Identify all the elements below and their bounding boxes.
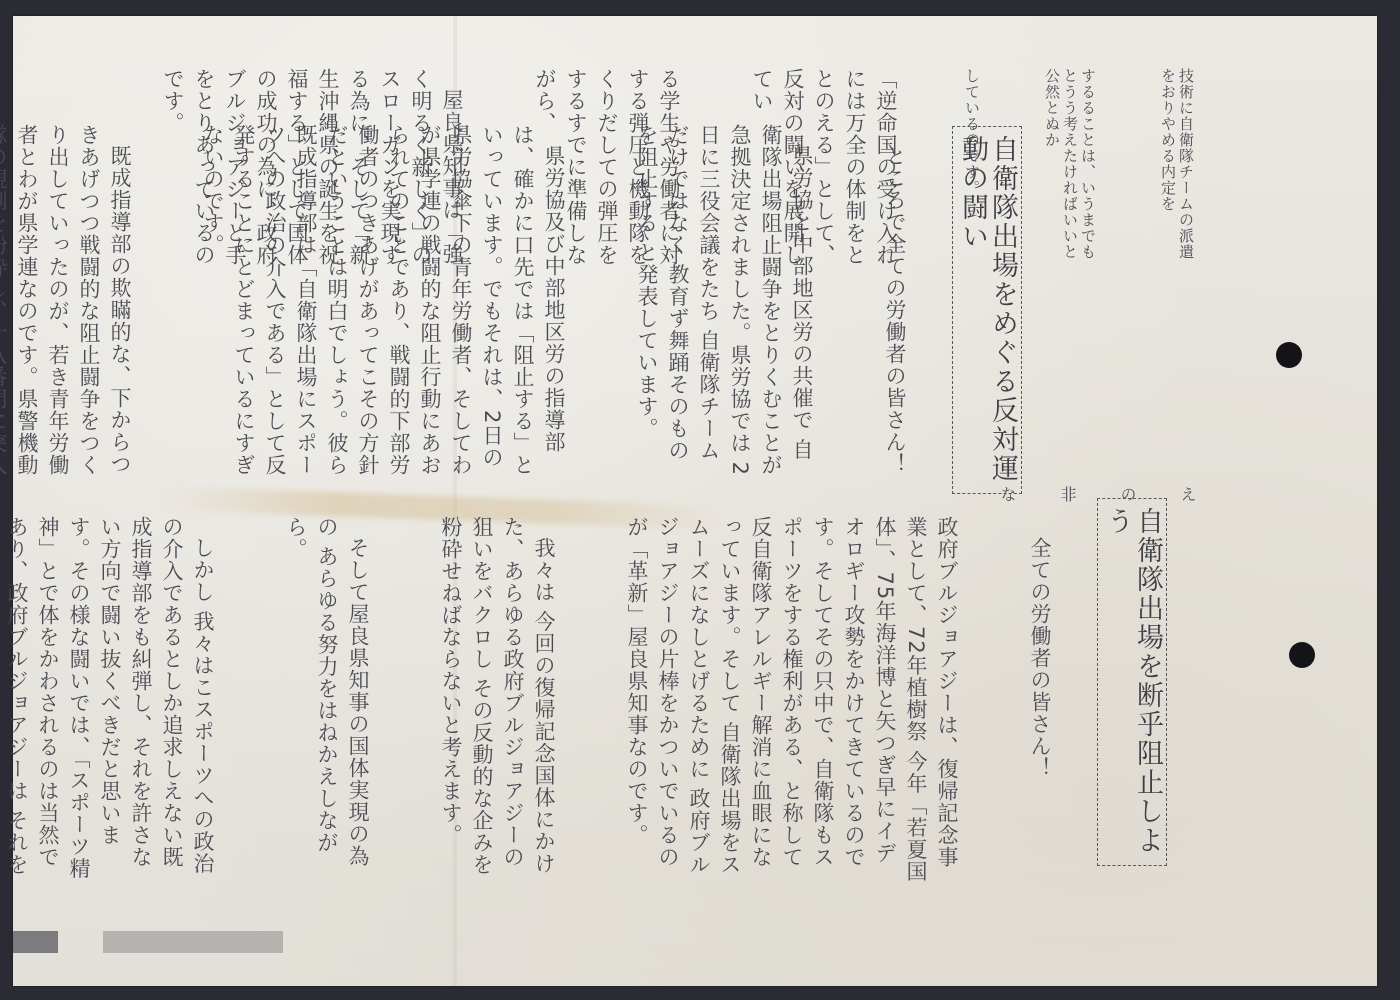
intro-line: 技術に自衛隊チームの派遣をおりやめる内定を (1159, 68, 1195, 268)
body-paragraph: しかし 我々はこスポーツへの政治の介入であるとしか追求しえない既成指導部をも糾弾… (0, 516, 218, 886)
section1-intro: 技術に自衛隊チームの派遣をおりやめる内定を するることは、いうまでもとうう考えた… (1017, 68, 1257, 268)
ink-smudge-left (13, 931, 58, 953)
body-paragraph: 県労協と中部地区労の共催で 自衛隊出場阻止闘争をとりくむことが急拠決定されました… (631, 124, 817, 479)
body-paragraph: 政府ブルジョアジーは、復帰記念事業として、72年植樹祭 今年「若夏国体」、75年… (621, 516, 962, 886)
section1-body: ところで全ての労働者の皆さん！ 県労協と中部地区労の共催で 自衛隊出場阻止闘争を… (192, 124, 972, 479)
body-paragraph: 県労協及び中部地区労の指導部は、確かに口先では「阻止する」といっています。でもそ… (197, 124, 569, 479)
punch-hole-upper (1276, 342, 1302, 368)
body-paragraph: そして屋良県知事の国体実現の為の あらゆる努力をはねかえしながら。 (280, 516, 373, 886)
ink-smudge-mid (103, 931, 283, 953)
body-paragraph: 既成指導部の欺瞞的な、下からつきあげつつ戦闘的な阻止闘争をつくり出していったのが… (0, 124, 135, 479)
intro-line: するることは、いうまでもとうう考えたければいいと公然とぬか (1043, 68, 1097, 268)
body-paragraph: ところで全ての労働者の皆さん！ (879, 124, 910, 479)
body-paragraph: 全ての労働者の皆さん！ (1024, 516, 1055, 886)
leaflet-sheet: 技術に自衛隊チームの派遣をおりやめる内定を するることは、いうまでもとうう考えた… (13, 16, 1377, 986)
section2-body: 全ての労働者の皆さん！ 政府ブルジョアジーは、復帰記念事業として、72年植樹祭 … (117, 516, 1117, 886)
margin-fragments: え の 非 な (962, 486, 1262, 516)
body-paragraph: 我々は 今回の復帰記念国体にかけた、あらゆる政府ブルジョアジーの狙いをバクロし … (435, 516, 559, 886)
punch-hole-lower (1289, 642, 1315, 668)
